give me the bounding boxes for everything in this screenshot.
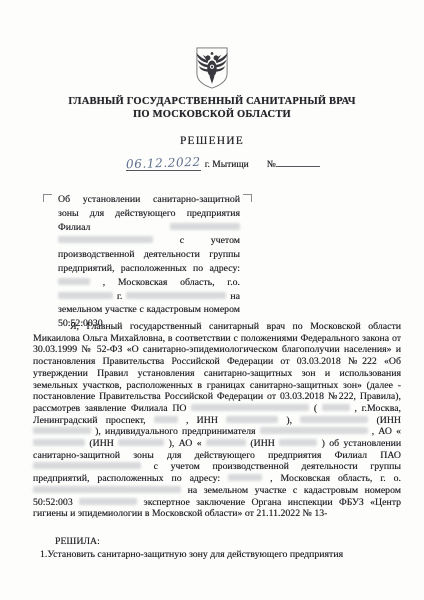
authority-line-2: ПО МОСКОВСКОЙ ОБЛАСТИ — [0, 109, 424, 122]
authority-line-1: ГЛАВНЫЙ ГОСУДАРСТВЕННЫЙ САНИТАРНЫЙ ВРАЧ — [0, 96, 424, 109]
redacted-text — [79, 498, 137, 505]
document-number-sign: № — [267, 160, 276, 170]
text-run: г. — [117, 291, 126, 302]
text-run: ), АО « — [169, 438, 202, 449]
date-underline: 06.12.2022 — [126, 157, 201, 171]
redacted-text — [33, 427, 91, 434]
text-run: (ИНН — [250, 438, 279, 449]
text-run: Я, Главный государственный санитарный вр… — [33, 321, 401, 414]
text-run: ( — [314, 403, 317, 414]
handwritten-date: 06.12.2022 — [126, 156, 201, 171]
redacted-text — [58, 292, 113, 299]
scanned-decision-document: ГЛАВНЫЙ ГОСУДАРСТВЕННЫЙ САНИТАРНЫЙ ВРАЧ … — [0, 0, 424, 600]
place-name: г. Мытищи — [205, 160, 249, 170]
redacted-text — [322, 404, 350, 411]
main-paragraph: Я, Главный государственный санитарный вр… — [33, 321, 401, 520]
redacted-text — [33, 486, 181, 493]
russian-coat-of-arms-icon — [193, 46, 231, 90]
redacted-text — [206, 439, 246, 446]
redacted-text — [33, 439, 85, 446]
redacted-text — [126, 292, 226, 299]
redacted-text — [260, 427, 368, 434]
redacted-text — [58, 278, 90, 285]
dateline: 06.12.2022г. Мытищи№ — [126, 157, 396, 171]
text-run: ), индивидуального предпринимателя — [95, 426, 259, 437]
redacted-text — [228, 474, 262, 481]
subject-annotation-block: Об установлении санитарно-защитной зоны … — [58, 193, 240, 331]
document-type-title: РЕШЕНИЕ — [0, 135, 424, 147]
redacted-text — [154, 416, 178, 423]
resolution-section: РЕШИЛА: 1.Установить санитарно-защитную … — [33, 536, 401, 561]
redacted-text — [226, 416, 278, 423]
redacted-text — [58, 236, 153, 243]
text-run: , ИНН — [186, 415, 226, 426]
redacted-text — [170, 223, 240, 230]
text-run: , Московская область, г. о. — [270, 473, 401, 484]
redacted-text — [33, 462, 141, 469]
issuing-authority-title: ГЛАВНЫЙ ГОСУДАРСТВЕННЫЙ САНИТАРНЫЙ ВРАЧ … — [0, 96, 424, 121]
redacted-text — [118, 439, 164, 446]
redacted-text — [279, 439, 317, 446]
document-number-blank — [276, 157, 320, 167]
redacted-text — [191, 404, 309, 411]
text-run: ), — [286, 415, 300, 426]
resolution-heading: РЕШИЛА: — [55, 536, 401, 548]
redacted-text — [300, 416, 368, 423]
resolution-item-1: 1.Установить санитарно-защитную зону для… — [33, 549, 401, 561]
text-run: , Московская область, г.о. — [103, 277, 240, 288]
text-run: (ИНН — [89, 438, 118, 449]
text-run: (ИНН — [376, 415, 401, 426]
text-run: , АО « — [372, 426, 401, 437]
